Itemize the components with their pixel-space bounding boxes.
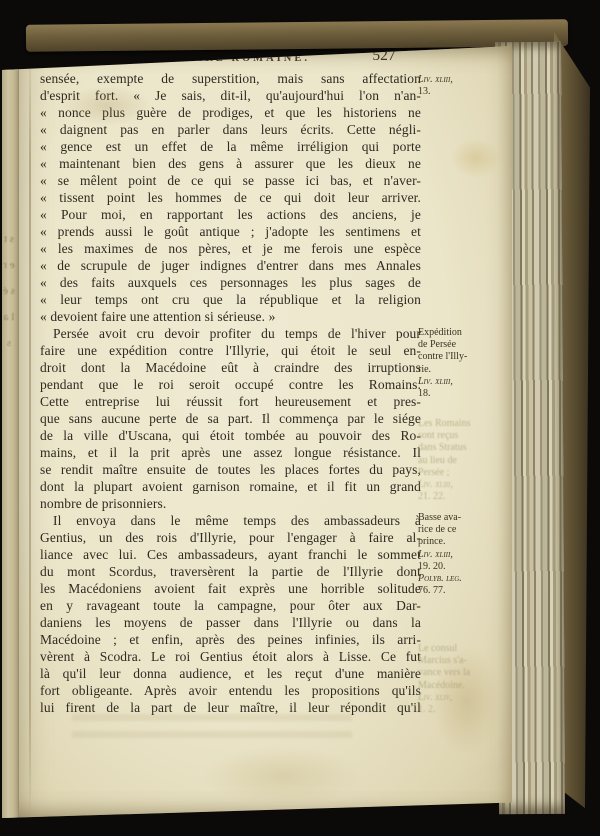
- margin-note-line: Polyb. leg.: [418, 573, 510, 585]
- page-number: 527: [354, 47, 414, 65]
- body-line: du mont Scordus, traversèrent la partie …: [40, 564, 421, 581]
- text-block: sensée, exempte de superstition, mais sa…: [40, 71, 421, 717]
- ghost-note-line: vance vers la: [418, 667, 510, 679]
- margin-note-line: rice de ce: [418, 524, 510, 536]
- body-line: « se mêlent point de ce qui se passe ici…: [40, 173, 421, 190]
- ghost-note-line: Liv. xliv,: [418, 692, 510, 704]
- margin-note-line: Expédition: [418, 327, 510, 339]
- body-line: « daignent pas en parler dans leurs écri…: [40, 122, 421, 139]
- body-line: mains, et il la prit après une assez lon…: [40, 445, 421, 462]
- margin-note-line: Liv. xliii,: [418, 74, 510, 86]
- body-line: d'esprit fort. « Je sais, dit-il, qu'auj…: [40, 88, 421, 105]
- ghost-note: Le consul Marcius s'a- vance vers la Mac…: [418, 643, 510, 716]
- page-stain: [450, 138, 502, 178]
- ghost-note-line: Le consul: [418, 643, 510, 655]
- body-line: liance avec lui. Ces ambassadeurs, ayant…: [40, 547, 421, 564]
- book-page: s t e r s é l a s HISTOIRE ROMAINE. 527 …: [2, 46, 512, 818]
- ghost-note-line: Liv. xliii,: [418, 479, 510, 491]
- ghost-note: Les Romains sont reçus dans Stratus au l…: [418, 418, 510, 503]
- body-line: « de scrupule de juger indignes d'entrer…: [40, 258, 421, 275]
- margin-note-line: prince.: [418, 536, 510, 548]
- margin-note: Expédition de Persée contre l'Illy- rie.…: [418, 327, 510, 400]
- ghost-note-line: dans Stratus: [418, 442, 510, 454]
- body-line: Gentius, un des rois d'Illyrie, pour l'e…: [40, 530, 421, 547]
- margin-note-line: Basse ava-: [418, 512, 510, 524]
- body-line: « tissent point les hommes de ce qui doi…: [40, 190, 421, 207]
- margin-note-line: contre l'Illy-: [418, 351, 510, 363]
- ghost-note-line: Persée ;: [418, 467, 510, 479]
- body-line: « prends aussi le goût antique ; j'adopt…: [40, 224, 421, 241]
- body-line: droit dont la Macédoine eût à craindre d…: [40, 360, 421, 377]
- body-line: « gence est un effet de la même irréligi…: [40, 139, 421, 156]
- body-line: pendant que le roi seroit occupé contre …: [40, 377, 421, 394]
- body-line: là qu'il leur donna audience, et les reç…: [40, 666, 421, 683]
- margin-note-line: Liv. xliii,: [418, 549, 510, 561]
- body-line: nombre de prisonniers.: [40, 496, 421, 513]
- margin-note-line: 19. 20.: [418, 561, 510, 573]
- body-line: Il envoya dans le même temps des ambassa…: [40, 513, 421, 530]
- body-line: dont la plupart avoient garnison romaine…: [40, 479, 421, 496]
- margin-note: Basse ava- rice de ce prince. Liv. xliii…: [418, 512, 510, 597]
- body-line: fort obligeante. Après avoir entendu les…: [40, 683, 421, 700]
- body-line: que sans aucune perte de sa part. Il com…: [40, 411, 421, 428]
- page-stain: [202, 746, 362, 806]
- ghost-note-line: au lieu de: [418, 455, 510, 467]
- body-line: en y ravageant toute la campagne, pour ô…: [40, 598, 421, 615]
- ghost-note-line: Les Romains: [418, 418, 510, 430]
- prev-page-edge-text: s t e r s é l a s: [3, 226, 15, 356]
- margin-note-line: 76. 77.: [418, 585, 510, 597]
- body-line: Macédoine ; et enfin, après des peines i…: [40, 632, 421, 649]
- ghost-note-line: sont reçus: [418, 430, 510, 442]
- body-line: Cette entreprise lui réussit fort heureu…: [40, 394, 421, 411]
- margin-note-line: 13.: [418, 86, 510, 98]
- ghost-note-line: Marcius s'a-: [418, 655, 510, 667]
- prev-page-sliver: s t e r s é l a s: [2, 46, 19, 818]
- show-through-text-blur: [72, 714, 352, 748]
- body-line: les Macédoniens avoient fait exprès une …: [40, 581, 421, 598]
- body-line: « des faits auxquels ces personnages les…: [40, 275, 421, 292]
- margin-note-line: 18.: [418, 388, 510, 400]
- book-cover-top-edge: [26, 19, 568, 52]
- body-line: de la ville d'Uscana, qui étoit tombée a…: [40, 428, 421, 445]
- book-photograph: s t e r s é l a s HISTOIRE ROMAINE. 527 …: [0, 0, 600, 836]
- ghost-note-line: 1. 2.: [418, 704, 510, 716]
- body-line: daniens les moyens de passer dans l'Illy…: [40, 615, 421, 632]
- body-line: « leur temps ont cru que la république e…: [40, 292, 421, 309]
- body-line: faire une expédition contre l'Illyrie, q…: [40, 343, 421, 360]
- margin-note-line: Liv. xliii,: [418, 376, 510, 388]
- body-line: « maintenant bien des gens à assurer que…: [40, 156, 421, 173]
- body-line: « les maximes de nos pères, et je me fer…: [40, 241, 421, 258]
- body-line: Persée avoit cru devoir profiter du temp…: [40, 326, 421, 343]
- body-line: « nonce plus guère de prodiges, et que l…: [40, 105, 421, 122]
- margin-note: Liv. xliii, 13.: [418, 74, 510, 98]
- ghost-note-line: 21. 22.: [418, 491, 510, 503]
- gutter-crease: [29, 46, 31, 818]
- body-line: « Pour moi, en rapportant les actions de…: [40, 207, 421, 224]
- body-line: se rendit maître ensuite de toutes les p…: [40, 462, 421, 479]
- body-line: « devoient faire une attention si sérieu…: [40, 309, 421, 326]
- body-line: sensée, exempte de superstition, mais sa…: [40, 71, 421, 88]
- margin-note-line: de Persée: [418, 339, 510, 351]
- ghost-note-line: Macédoine.: [418, 680, 510, 692]
- body-line: vèrent à Scodra. Le roi Gentius étoit al…: [40, 649, 421, 666]
- margin-note-line: rie.: [418, 364, 510, 376]
